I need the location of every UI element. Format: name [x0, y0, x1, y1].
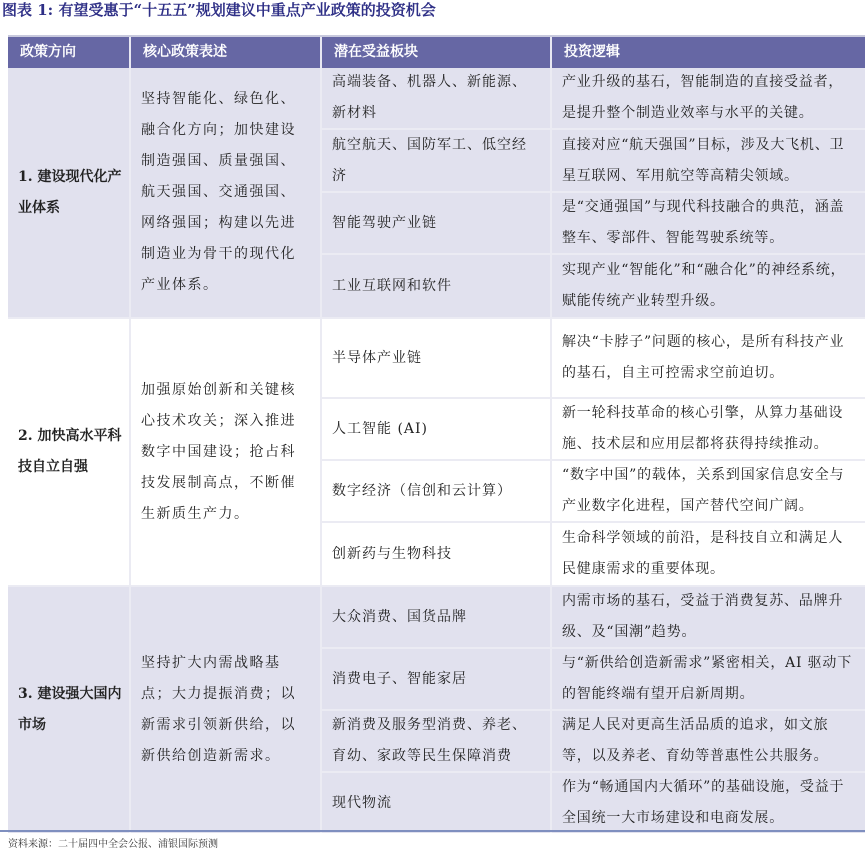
table-bottom-rule: [0, 830, 865, 832]
logic-cell: 新一轮科技革命的核心引擎，从算力基础设施、技术层和应用层都将获得持续推动。: [552, 399, 865, 459]
policy-description: 加强原始创新和关键核心技术攻关；深入推进数字中国建设；抢占科技发展制高点，不断催…: [131, 319, 322, 585]
sector-cell: 高端装备、机器人、新能源、新材料: [322, 68, 552, 128]
policy-description: 坚持智能化、绿色化、融合化方向；加快建设制造强国、质量强国、航天强国、交通强国、…: [131, 68, 322, 317]
table-group: 1. 建设现代化产业体系 坚持智能化、绿色化、融合化方向；加快建设制造强国、质量…: [8, 68, 865, 319]
logic-cell: 与“新供给创造新需求”紧密相关，AI 驱动下的智能终端有望开启新周期。: [552, 649, 865, 709]
source-note: 资料来源：二十届四中全会公报、浦银国际预测: [8, 835, 218, 850]
header-beneficiary-sectors: 潜在受益板块: [322, 37, 552, 68]
table-row: 数字经济（信创和云计算） “数字中国”的载体，关系到国家信息安全与产业数字化进程…: [322, 461, 865, 523]
logic-cell: “数字中国”的载体，关系到国家信息安全与产业数字化进程，国产替代空间广阔。: [552, 461, 865, 521]
sector-cell: 智能驾驶产业链: [322, 193, 552, 253]
logic-cell: 内需市场的基石，受益于消费复苏、品牌升级、及“国潮”趋势。: [552, 587, 865, 647]
table-row: 大众消费、国货品牌 内需市场的基石，受益于消费复苏、品牌升级、及“国潮”趋势。: [322, 587, 865, 649]
table-row: 高端装备、机器人、新能源、新材料 产业升级的基石，智能制造的直接受益者，是提升整…: [322, 68, 865, 130]
figure-label: 图表 1:: [2, 1, 53, 19]
table-row: 人工智能 (AI) 新一轮科技革命的核心引擎，从算力基础设施、技术层和应用层都将…: [322, 399, 865, 461]
figure-title: 图表 1: 有望受惠于“十五五”规划建议中重点产业政策的投资机会: [2, 0, 436, 22]
table-group: 2. 加快高水平科技自立自强 加强原始创新和关键核心技术攻关；深入推进数字中国建…: [8, 319, 865, 587]
policy-direction: 3. 建设强大国内市场: [8, 587, 131, 833]
sub-rows: 高端装备、机器人、新能源、新材料 产业升级的基石，智能制造的直接受益者，是提升整…: [322, 68, 865, 317]
table-row: 半导体产业链 解决“卡脖子”问题的核心，是所有科技产业的基石，自主可控需求空前迫…: [322, 319, 865, 399]
table-header: 政策方向 核心政策表述 潜在受益板块 投资逻辑: [8, 37, 865, 68]
sub-rows: 大众消费、国货品牌 内需市场的基石，受益于消费复苏、品牌升级、及“国潮”趋势。 …: [322, 587, 865, 833]
policy-description: 坚持扩大内需战略基点；大力提振消费；以新需求引领新供给，以新供给创造新需求。: [131, 587, 322, 833]
header-policy-direction: 政策方向: [8, 37, 131, 68]
sector-cell: 新消费及服务型消费、养老、育幼、家政等民生保障消费: [322, 711, 552, 771]
logic-cell: 是“交通强国”与现代科技融合的典范，涵盖整车、零部件、智能驾驶系统等。: [552, 193, 865, 253]
logic-cell: 产业升级的基石，智能制造的直接受益者，是提升整个制造业效率与水平的关键。: [552, 68, 865, 128]
policy-direction: 1. 建设现代化产业体系: [8, 68, 131, 317]
table-row: 新消费及服务型消费、养老、育幼、家政等民生保障消费 满足人民对更高生活品质的追求…: [322, 711, 865, 773]
sector-cell: 大众消费、国货品牌: [322, 587, 552, 647]
figure-title-text: 有望受惠于“十五五”规划建议中重点产业政策的投资机会: [58, 1, 435, 19]
policy-table: 政策方向 核心政策表述 潜在受益板块 投资逻辑 1. 建设现代化产业体系 坚持智…: [8, 35, 865, 833]
sector-cell: 消费电子、智能家居: [322, 649, 552, 709]
logic-cell: 实现产业“智能化”和“融合化”的神经系统，赋能传统产业转型升级。: [552, 255, 865, 317]
header-core-policy: 核心政策表述: [131, 37, 322, 68]
logic-cell: 直接对应“航天强国”目标，涉及大飞机、卫星互联网、军用航空等高精尖领域。: [552, 130, 865, 191]
table-row: 航空航天、国防军工、低空经济 直接对应“航天强国”目标，涉及大飞机、卫星互联网、…: [322, 130, 865, 193]
sector-cell: 数字经济（信创和云计算）: [322, 461, 552, 521]
table-row: 现代物流 作为“畅通国内大循环”的基础设施，受益于全国统一大市场建设和电商发展。: [322, 773, 865, 833]
table-row: 消费电子、智能家居 与“新供给创造新需求”紧密相关，AI 驱动下的智能终端有望开…: [322, 649, 865, 711]
logic-cell: 生命科学领域的前沿，是科技自立和满足人民健康需求的重要体现。: [552, 523, 865, 585]
table-group: 3. 建设强大国内市场 坚持扩大内需战略基点；大力提振消费；以新需求引领新供给，…: [8, 587, 865, 833]
table-row: 创新药与生物科技 生命科学领域的前沿，是科技自立和满足人民健康需求的重要体现。: [322, 523, 865, 585]
logic-cell: 解决“卡脖子”问题的核心，是所有科技产业的基石，自主可控需求空前迫切。: [552, 319, 865, 397]
sector-cell: 人工智能 (AI): [322, 399, 552, 459]
policy-direction: 2. 加快高水平科技自立自强: [8, 319, 131, 585]
sector-cell: 创新药与生物科技: [322, 523, 552, 585]
table-row: 智能驾驶产业链 是“交通强国”与现代科技融合的典范，涵盖整车、零部件、智能驾驶系…: [322, 193, 865, 255]
table-row: 工业互联网和软件 实现产业“智能化”和“融合化”的神经系统，赋能传统产业转型升级…: [322, 255, 865, 317]
header-investment-logic: 投资逻辑: [552, 37, 865, 68]
sub-rows: 半导体产业链 解决“卡脖子”问题的核心，是所有科技产业的基石，自主可控需求空前迫…: [322, 319, 865, 585]
sector-cell: 工业互联网和软件: [322, 255, 552, 317]
sector-cell: 航空航天、国防军工、低空经济: [322, 130, 552, 191]
logic-cell: 作为“畅通国内大循环”的基础设施，受益于全国统一大市场建设和电商发展。: [552, 773, 865, 833]
sector-cell: 半导体产业链: [322, 319, 552, 397]
logic-cell: 满足人民对更高生活品质的追求，如文旅等，以及养老、育幼等普惠性公共服务。: [552, 711, 865, 771]
sector-cell: 现代物流: [322, 773, 552, 833]
